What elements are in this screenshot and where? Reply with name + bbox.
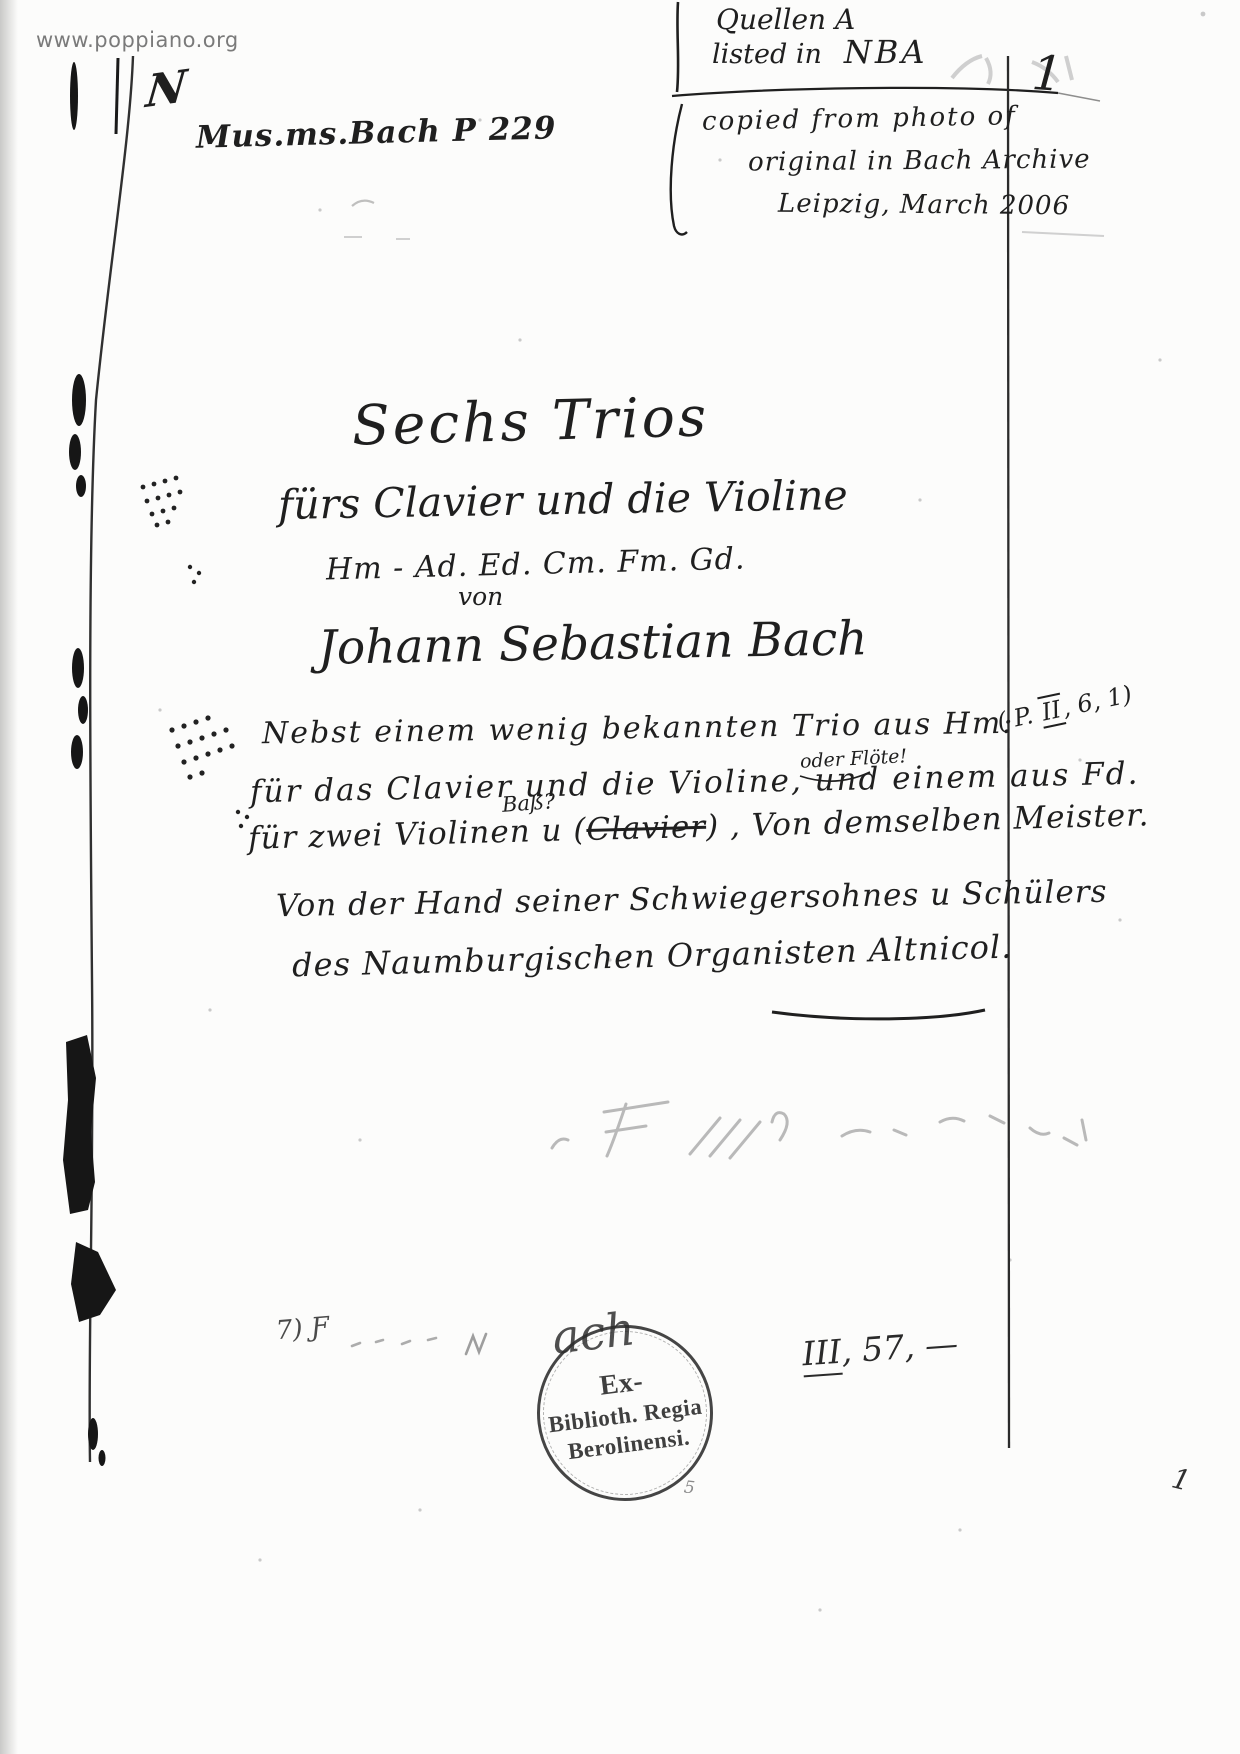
hand-note-line2-post: .: [1001, 928, 1013, 966]
check-mark: N: [144, 65, 189, 116]
source-note-line2: listed in NBA: [712, 36, 927, 68]
altnicol-name: Altnicol: [868, 928, 1001, 969]
bottom-left-fragment: 7) Ƒ: [275, 1314, 330, 1345]
page-number: 1: [1030, 49, 1064, 99]
shelfmark-text: Mus.ms.Bach P 229: [196, 113, 557, 153]
catalog-rest: , 57, —: [840, 1324, 959, 1371]
catalog-roman: III: [801, 1332, 843, 1378]
pencil-scribble-middle: [552, 1102, 1086, 1158]
pencil-scribble-bottom: [352, 1334, 486, 1354]
nba-abbr: NBA: [844, 36, 928, 68]
watermark-text: www.poppiano.org: [36, 28, 239, 52]
composer-name: Johann Sebastian Bach: [318, 615, 868, 672]
tiny-mark: 5: [683, 1479, 696, 1497]
main-title: Sechs Trios: [351, 389, 709, 453]
copy-note-line3: Leipzig, March 2006: [778, 191, 1070, 220]
altnicol-underline: [772, 1010, 985, 1019]
binding-marks: [63, 56, 133, 1466]
catalog-mark: III, 57, —: [801, 1327, 959, 1371]
bass-insert: Baß?: [501, 791, 556, 816]
von-label: von: [458, 584, 503, 609]
scanned-manuscript-page: www.poppiano.org N Mus.ms.Bach P 229 1 Q…: [0, 0, 1240, 1754]
copy-note-line1: copied from photo of: [702, 103, 1017, 134]
copy-note-line2: original in Bach Archive: [748, 147, 1091, 176]
source-note-line1: Quellen A: [716, 6, 855, 34]
stamp-line-1: Ex-: [598, 1368, 645, 1401]
right-margin-rule: [1008, 56, 1009, 1448]
source-note-line2-prefix: listed in: [712, 41, 822, 68]
struck-clavier: Clavier: [586, 809, 707, 848]
ink-speck-clusters: [141, 476, 250, 829]
subtitle: fürs Clavier und die Violine: [278, 475, 848, 526]
